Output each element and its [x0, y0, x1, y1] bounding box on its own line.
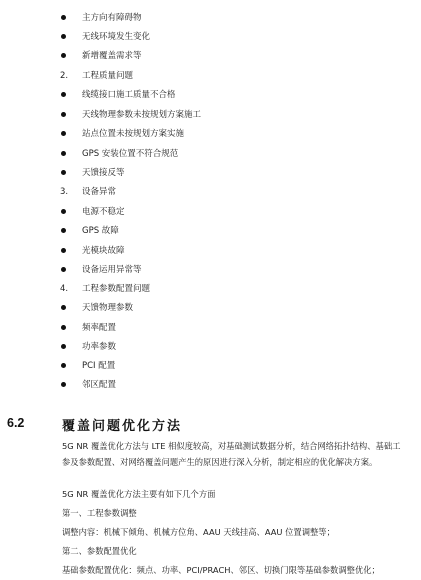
section-number: 6.2 [7, 416, 24, 430]
section-title: 覆盖问题优化方法 [62, 415, 182, 434]
list-item-text: GPS 安装位置不符合规范 [82, 146, 178, 162]
bullet-icon [61, 248, 66, 253]
bullet-icon [61, 209, 66, 214]
paragraph-second-heading: 第二、参数配置优化 [62, 543, 408, 559]
bullet-icon [61, 325, 66, 330]
list-item-text: 设备异常 [82, 184, 116, 200]
list-item-text: 天馈物理参数 [82, 300, 133, 316]
bullet-icon [61, 53, 66, 58]
list-item-text: 新增覆盖需求等 [82, 48, 142, 64]
bullet-icon [61, 267, 66, 272]
list-item-text: GPS 故障 [82, 223, 119, 239]
paragraph-methods: 5G NR 覆盖优化方法主要有如下几个方面 [62, 486, 408, 502]
paragraph-second-content: 基础参数配置优化：频点、功率、PCI/PRACH、邻区、切换门限等基础参数调整优… [62, 562, 408, 578]
bullet-icon [61, 151, 66, 156]
list-item-text: 频率配置 [82, 320, 116, 336]
list-number: 3. [60, 184, 68, 200]
list-item-text: 站点位置未按规划方案实施 [82, 126, 184, 142]
bullet-icon [61, 344, 66, 349]
list-number: 4. [60, 281, 68, 297]
bullet-icon [61, 382, 66, 387]
paragraph-intro: 5G NR 覆盖优化方法与 LTE 相似度较高，对基础测试数据分析，结合网络拓扑… [62, 438, 408, 470]
bullet-icon [61, 170, 66, 175]
list-item-text: 无线环境发生变化 [82, 29, 150, 45]
bullet-icon [61, 112, 66, 117]
list-item-text: 线缆接口施工质量不合格 [82, 87, 176, 103]
list-item-text: 邻区配置 [82, 377, 116, 393]
bullet-icon [61, 34, 66, 39]
list-item-text: 主方向有障碍物 [82, 10, 142, 26]
list-item-text: 设备运用异常等 [82, 262, 142, 278]
list-item-text: 电源不稳定 [82, 204, 125, 220]
list-item-text: 工程参数配置问题 [82, 281, 150, 297]
list-number: 2. [60, 68, 68, 84]
bullet-icon [61, 363, 66, 368]
list-item-text: 天馈接反等 [82, 165, 125, 181]
paragraph-first-content: 调整内容：机械下倾角、机械方位角、AAU 天线挂高、AAU 位置调整等； [62, 524, 408, 540]
list-item-text: 功率参数 [82, 339, 116, 355]
list-item-text: 天线物理参数未按规划方案施工 [82, 107, 201, 123]
bullet-icon [61, 131, 66, 136]
list-item-text: 工程质量问题 [82, 68, 133, 84]
paragraph-first-heading: 第一、工程参数调整 [62, 505, 408, 521]
bullet-icon [61, 305, 66, 310]
list-item-text: PCI 配置 [82, 358, 115, 374]
bullet-icon [61, 92, 66, 97]
bullet-icon [61, 228, 66, 233]
list-item-text: 光模块故障 [82, 243, 125, 259]
bullet-icon [61, 15, 66, 20]
